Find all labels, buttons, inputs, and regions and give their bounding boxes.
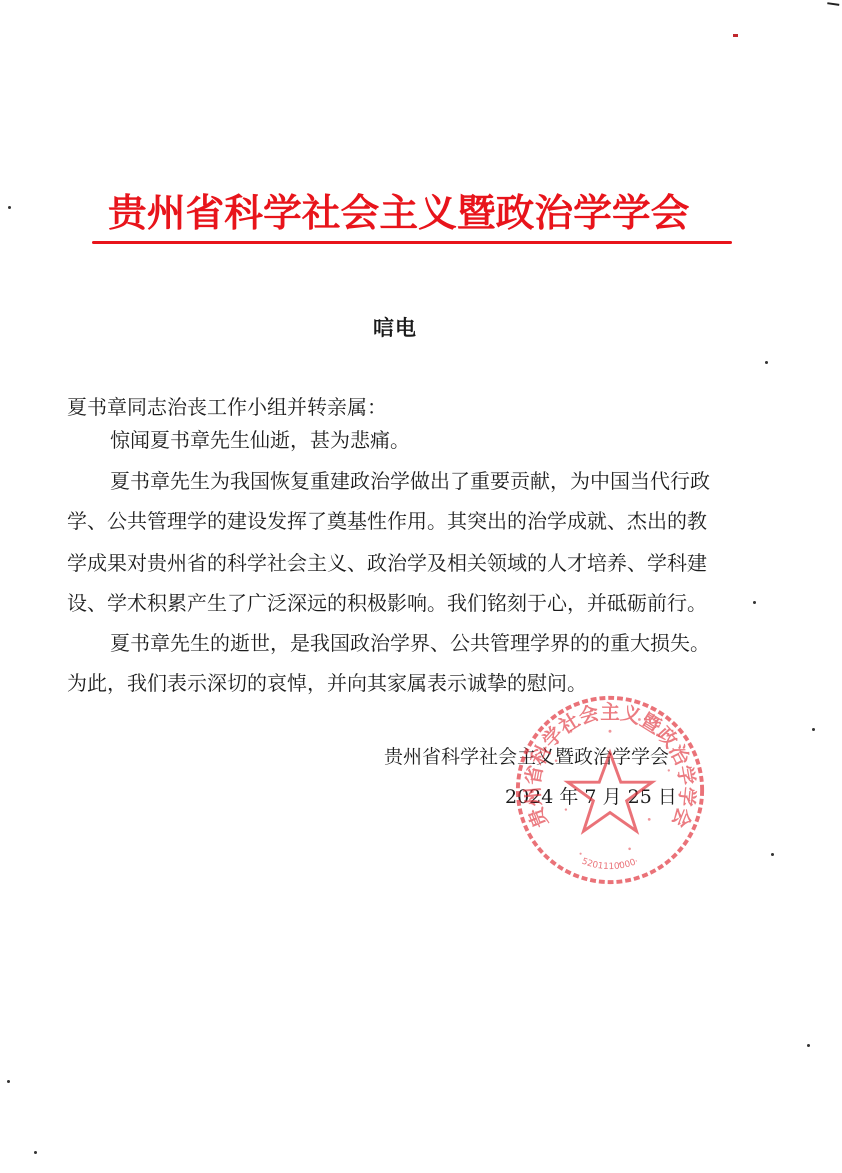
svg-text:5201110000·: 5201110000·: [580, 857, 640, 872]
letterhead-divider: [92, 241, 732, 244]
scan-speck: [8, 206, 11, 209]
paragraph-2-line-2: 学、公共管理学的建设发挥了奠基性作用。其突出的治学成就、杰出的教: [67, 506, 707, 536]
paragraph-3-line-1: 夏书章先生的逝世，是我国政治学界、公共管理学界的的重大损失。: [110, 628, 710, 658]
letterhead-title: 贵州省科学社会主义暨政治学学会: [108, 188, 720, 238]
paragraph-2-line-4: 设、学术积累产生了广泛深远的积极影响。我们铭刻于心，并砥砺前行。: [67, 588, 707, 618]
document-title: 唁电: [373, 312, 417, 342]
paragraph-3-line-2: 为此，我们表示深切的哀悼，并向其家属表示诚挚的慰问。: [67, 668, 587, 698]
seal-code-text: 5201110000·: [580, 857, 640, 872]
scan-speck: [7, 1080, 10, 1083]
scan-speck: [807, 1044, 810, 1047]
scan-corner-mark: [827, 2, 840, 10]
scan-speck: [765, 361, 768, 364]
signature-date: 2024 年 7 月 25 日: [505, 782, 677, 812]
scan-speck: [771, 853, 774, 856]
paragraph-1-line-1: 惊闻夏书章先生仙逝，甚为悲痛。: [110, 425, 410, 455]
salutation: 夏书章同志治丧工作小组并转亲属：: [67, 392, 387, 422]
scan-red-speck: [733, 34, 738, 37]
scan-speck: [753, 601, 756, 604]
signature-organization: 贵州省科学社会主义暨政治学学会: [384, 742, 669, 772]
paragraph-2-line-3: 学成果对贵州省的科学社会主义、政治学及相关领域的人才培养、学科建: [67, 548, 707, 578]
paragraph-2-line-1: 夏书章先生为我国恢复重建政治学做出了重要贡献，为中国当代行政: [110, 466, 710, 496]
scan-speck: [812, 728, 815, 731]
scan-speck: [34, 1151, 37, 1154]
